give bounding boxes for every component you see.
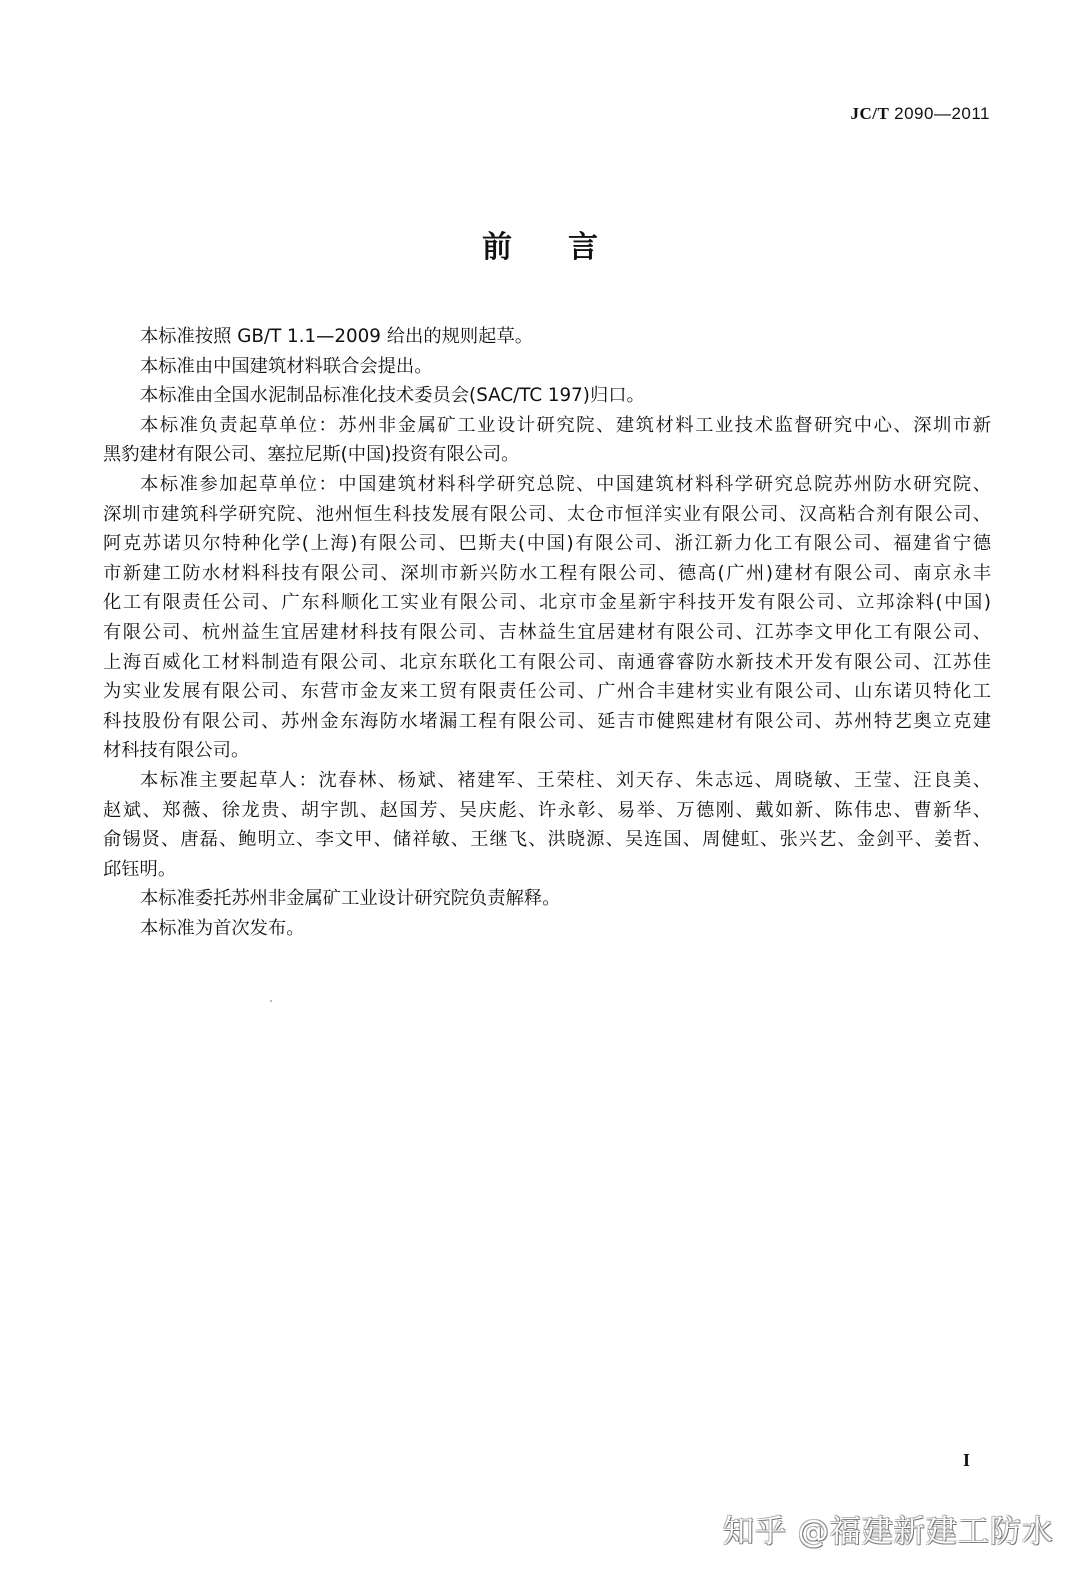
text-line: 上海百威化工材料制造有限公司、北京东联化工有限公司、南通睿睿防水新技术开发有限公… [103,648,991,678]
standard-prefix: JC/T [851,104,890,123]
text-line: 深圳市建筑科学研究院、池州恒生科技发展有限公司、太仓市恒洋实业有限公司、汉高粘合… [103,500,991,530]
text-line: 本标准由全国水泥制品标准化技术委员会(SAC/TC 197)归口。 [103,381,991,411]
paragraph-main-drafters: 本标准主要起草人：沈春林、杨斌、褚建军、王荣柱、刘天存、朱志远、周晓敏、王莹、汪… [103,766,991,884]
text-line: 阿克苏诺贝尔特种化学(上海)有限公司、巴斯夫(中国)有限公司、浙江新力化工有限公… [103,529,991,559]
paragraph-participating-drafting-units: 本标准参加起草单位：中国建筑材料科学研究总院、中国建筑材料科学研究总院苏州防水研… [103,470,991,766]
standard-number: 2090—2011 [894,104,990,123]
paragraph-responsible-drafting-units: 本标准负责起草单位：苏州非金属矿工业设计研究院、建筑材料工业技术监督研究中心、深… [103,411,991,470]
standard-code: JC/T 2090—2011 [851,104,990,124]
text-line: 市新建工防水材料科技有限公司、深圳市新兴防水工程有限公司、德高(广州)建材有限公… [103,559,991,589]
page-title: 前言 [0,222,1080,266]
paragraph-interpretation: 本标准委托苏州非金属矿工业设计研究院负责解释。 [103,884,991,914]
watermark: 知乎 @福建新建工防水 [723,1506,1054,1551]
paragraph-first-release: 本标准为首次发布。 [103,914,991,944]
paragraph-drafting-rules: 本标准按照 GB/T 1.1—2009 给出的规则起草。 [103,322,991,352]
text-line: 本标准为首次发布。 [103,914,991,944]
text-line: 邱钰明。 [103,855,991,885]
paragraph-proposer: 本标准由中国建筑材料联合会提出。 [103,352,991,382]
text-line: 本标准参加起草单位：中国建筑材料科学研究总院、中国建筑材料科学研究总院苏州防水研… [103,470,991,500]
text-line: 化工有限责任公司、广东科顺化工实业有限公司、北京市金星新宇科技开发有限公司、立邦… [103,588,991,618]
foreword-body: 本标准按照 GB/T 1.1—2009 给出的规则起草。 本标准由中国建筑材料联… [103,322,991,943]
text-line: 本标准主要起草人：沈春林、杨斌、褚建军、王荣柱、刘天存、朱志远、周晓敏、王莹、汪… [103,766,991,796]
text-line: 本标准负责起草单位：苏州非金属矿工业设计研究院、建筑材料工业技术监督研究中心、深… [103,411,991,441]
text-line: 有限公司、杭州益生宜居建材科技有限公司、吉林益生宜居建材有限公司、江苏李文甲化工… [103,618,991,648]
text-line: 为实业发展有限公司、东营市金友来工贸有限责任公司、广州合丰建材实业有限公司、山东… [103,677,991,707]
text-line: 科技股份有限公司、苏州金东海防水堵漏工程有限公司、延吉市健熙建材有限公司、苏州特… [103,707,991,737]
text-line: 赵斌、郑薇、徐龙贵、胡宇凯、赵国芳、吴庆彪、许永彰、易举、万德刚、戴如新、陈伟忠… [103,796,991,826]
text-line: 材科技有限公司。 [103,736,991,766]
page-number: I [963,1450,970,1471]
text-line: 黑豹建材有限公司、塞拉尼斯(中国)投资有限公司。 [103,440,991,470]
text-line: 本标准由中国建筑材料联合会提出。 [103,352,991,382]
text-line: 本标准委托苏州非金属矿工业设计研究院负责解释。 [103,884,991,914]
scan-speck [270,1000,272,1002]
text-line: 俞锡贤、唐磊、鲍明立、李文甲、储祥敏、王继飞、洪晓源、吴连国、周健虹、张兴艺、金… [103,825,991,855]
text-line: 本标准按照 GB/T 1.1—2009 给出的规则起草。 [103,322,991,352]
paragraph-centralized-by: 本标准由全国水泥制品标准化技术委员会(SAC/TC 197)归口。 [103,381,991,411]
